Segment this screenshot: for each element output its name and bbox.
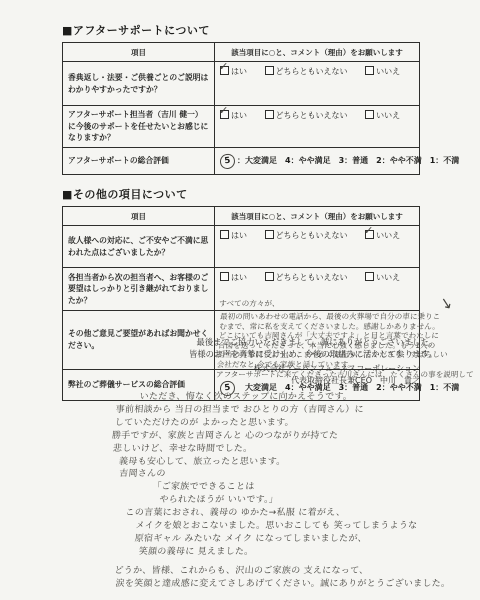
letter-line: 笑顔の義母に 見えました。 xyxy=(138,546,476,559)
letter-line: いただき、悔なく次のステップに向かえそうです。 xyxy=(139,391,480,404)
letter-line: どうか、皆様、これからも、沢山のご家族の 支えになって、 xyxy=(114,565,475,578)
option-neutral: どちらともいえない xyxy=(265,230,348,241)
option-no: ✓いいえ xyxy=(365,230,400,241)
option-yes: はい xyxy=(220,272,247,283)
after-support-table: 項目 該当項目に○と、コメント（理由）をお願いします 香典返し・法要・ご供養ごと… xyxy=(62,42,420,175)
letter-line: 悲しいけど、幸せな時間でした。 xyxy=(112,443,480,456)
rating-row: アフターサポートの総合評価 5：大変満足 4：やや満足 3：普通 2：やや不満 … xyxy=(63,148,420,175)
answer-cell: はい どちらともいえない いいえ すべての方々が、 xyxy=(215,268,420,311)
handwritten-letter: いただき、悔なく次のステップに向かえそうです。 事前相談から 当日の担当まで お… xyxy=(0,391,480,591)
scanned-survey-page: { "colors": { "paper": "#f5f5f2", "ink":… xyxy=(0,0,480,600)
comment-row: その他ご意見ご要望があればお聞かせください。 最初の問いあわせの電話から、最後の… xyxy=(63,311,420,370)
answer-cell: ✓はい どちらともいえない いいえ xyxy=(215,106,420,148)
checkbox-neutral xyxy=(265,110,274,119)
question-text: 各担当者から次の担当者へ、お客様のご要望はしっかりと引き継がれておりましたか？ xyxy=(63,268,215,311)
checkbox-neutral xyxy=(265,230,274,239)
circled-rating-5: 5 xyxy=(219,153,236,170)
question-row: アフターサポート担当者（吉川 健一）に今後のサポートを任せたいとお感じになります… xyxy=(63,106,420,148)
checkbox-no xyxy=(365,66,374,75)
comment-line: 最初の問いあわせの電話から、最後の火葬場で自分の車に乗りこ xyxy=(220,312,451,322)
option-neutral: どちらともいえない xyxy=(265,110,348,121)
question-text: 香典返し・法要・ご供養ごとのご説明はわかりやすかったですか？ xyxy=(63,62,215,106)
option-label: いいえ xyxy=(376,273,400,282)
comment-line: 合図を送ってくださって、本当に心強く感じました。もう1人の xyxy=(218,341,449,351)
letter-line: 「ご家族でできることは xyxy=(152,481,480,494)
column-header-answer: 該当項目に○と、コメント（理由）をお願いします xyxy=(215,207,420,226)
option-label: いいえ xyxy=(376,231,400,240)
question-row: 故人様への対応に、ご不安やご不満に思われた点はございましたか？ はい どちらとも… xyxy=(63,226,420,268)
column-header-item: 項目 xyxy=(63,43,215,62)
letter-line: 吉岡さんの xyxy=(119,468,480,481)
column-header-item: 項目 xyxy=(63,207,215,226)
letter-line: していただけたのが よかったと思います。 xyxy=(114,417,480,430)
survey-document: ■アフターサポートについて 項目 該当項目に○と、コメント（理由）をお願いします… xyxy=(62,14,419,401)
table-header-row: 項目 該当項目に○と、コメント（理由）をお願いします xyxy=(63,207,420,226)
option-group: ✓はい どちらともいえない いいえ xyxy=(220,65,414,77)
option-yes: ✓はい xyxy=(220,110,247,121)
question-row: 香典返し・法要・ご供養ごとのご説明はわかりやすかったですか？ ✓はい どちらとも… xyxy=(63,62,420,106)
other-items-table: 項目 該当項目に○と、コメント（理由）をお願いします 故人様への対応に、ご不安や… xyxy=(62,206,420,401)
question-row: 各担当者から次の担当者へ、お客様のご要望はしっかりと引き継がれておりましたか？ … xyxy=(63,268,420,311)
option-no: いいえ xyxy=(365,66,400,77)
letter-line: 勝手ですが、家族と吉岡さんと 心のつながりが持てた xyxy=(111,430,480,443)
letter-line: この言葉におされ、義母の ゆかた→私服 に着がえ、 xyxy=(125,507,479,520)
checkbox-no xyxy=(365,110,374,119)
option-label: はい xyxy=(231,111,247,120)
option-neutral: どちらともいえない xyxy=(265,272,348,283)
checkbox-yes xyxy=(220,230,229,239)
checkbox-no-checked: ✓ xyxy=(365,230,374,239)
comment-cell: 最初の問いあわせの電話から、最後の火葬場で自分の車に乗りこ むまで、常に私を支え… xyxy=(215,311,420,370)
section1-title: ■アフターサポートについて xyxy=(62,22,419,38)
option-neutral: どちらともいえない xyxy=(265,66,348,77)
answer-cell: はい どちらともいえない ✓いいえ xyxy=(215,226,420,268)
option-group: はい どちらともいえない ✓いいえ xyxy=(220,229,414,241)
answer-cell: ✓はい どちらともいえない いいえ xyxy=(215,62,420,106)
checkbox-yes-checked: ✓ xyxy=(220,66,229,75)
option-label: いいえ xyxy=(376,67,400,76)
option-label: はい xyxy=(231,67,247,76)
checkbox-no xyxy=(365,272,374,281)
letter-line: メイクを娘とおこないました。思いおこしても 笑ってしまうような xyxy=(135,520,478,533)
option-label: どちらともいえない xyxy=(276,111,348,120)
letter-line: 原宿ギャル みたいな メイク になってしまいましたが、 xyxy=(134,533,477,546)
check-mark: ✓ xyxy=(219,61,229,72)
checkbox-neutral xyxy=(265,272,274,281)
checkbox-yes-checked: ✓ xyxy=(220,110,229,119)
option-yes: ✓はい xyxy=(220,66,247,77)
letter-line: やられたほうが いいです。」 xyxy=(159,494,480,507)
section2-title: ■その他の項目について xyxy=(62,186,419,202)
rating-scale-text: ：大変満足 4：やや満足 3：普通 2：やや不満 1：不満 xyxy=(237,156,459,165)
handwritten-continuation-arrow: ↘ xyxy=(438,293,454,313)
option-label: どちらともいえない xyxy=(276,67,348,76)
question-text: 故人様への対応に、ご不安やご不満に思われた点はございましたか？ xyxy=(63,226,215,268)
comment-line: むまで、常に私を支えてくださいました。感謝しかありません。 xyxy=(219,322,450,332)
rating-label: アフターサポートの総合評価 xyxy=(63,148,215,175)
comment-line: 会社だなと 今でも家族と話しています。 xyxy=(216,360,447,370)
handwritten-comment: 最初の問いあわせの電話から、最後の火葬場で自分の車に乗りこ むまで、常に私を支え… xyxy=(216,312,451,379)
option-yes: はい xyxy=(220,230,247,241)
column-header-answer: 該当項目に○と、コメント（理由）をお願いします xyxy=(215,43,420,62)
comment-line: アフターサポートに来てくださった吉川さんには、たくさんの事を説明して xyxy=(216,370,447,380)
comment-line: 担当の方も同じように こまやかく気配りしてくださり、すばらしい xyxy=(217,350,448,360)
option-group: ✓はい どちらともいえない いいえ xyxy=(220,109,414,121)
comment-line: どこにいても吉岡さんが「大丈夫ですよ」と目と言葉でわたしに xyxy=(218,331,449,341)
letter-line: 義母も安心して、旅立ったと思います。 xyxy=(119,456,480,469)
check-mark: ✓ xyxy=(364,225,374,236)
option-label: どちらともいえない xyxy=(276,231,348,240)
letter-line: 事前相談から 当日の担当まで おひとりの方（吉岡さん）に xyxy=(115,404,480,417)
option-no: いいえ xyxy=(365,272,400,283)
option-label: はい xyxy=(231,273,247,282)
table-header-row: 項目 該当項目に○と、コメント（理由）をお願いします xyxy=(63,43,420,62)
check-mark: ✓ xyxy=(219,105,229,116)
question-text: アフターサポート担当者（吉川 健一）に今後のサポートを任せたいとお感じになります… xyxy=(63,106,215,148)
option-no: いいえ xyxy=(365,110,400,121)
option-group: はい どちらともいえない いいえ xyxy=(220,271,414,283)
checkbox-neutral xyxy=(265,66,274,75)
option-label: いいえ xyxy=(376,111,400,120)
rating-scale-cell: 5：大変満足 4：やや満足 3：普通 2：やや不満 1：不満 xyxy=(215,148,420,175)
letter-line: 涙を笑顔と達成感に変えてさしあげてください。誠にありがとうございました。 xyxy=(115,578,474,591)
option-label: はい xyxy=(231,231,247,240)
checkbox-yes xyxy=(220,272,229,281)
option-label: どちらともいえない xyxy=(276,273,348,282)
handwritten-note: すべての方々が、 xyxy=(219,298,280,309)
